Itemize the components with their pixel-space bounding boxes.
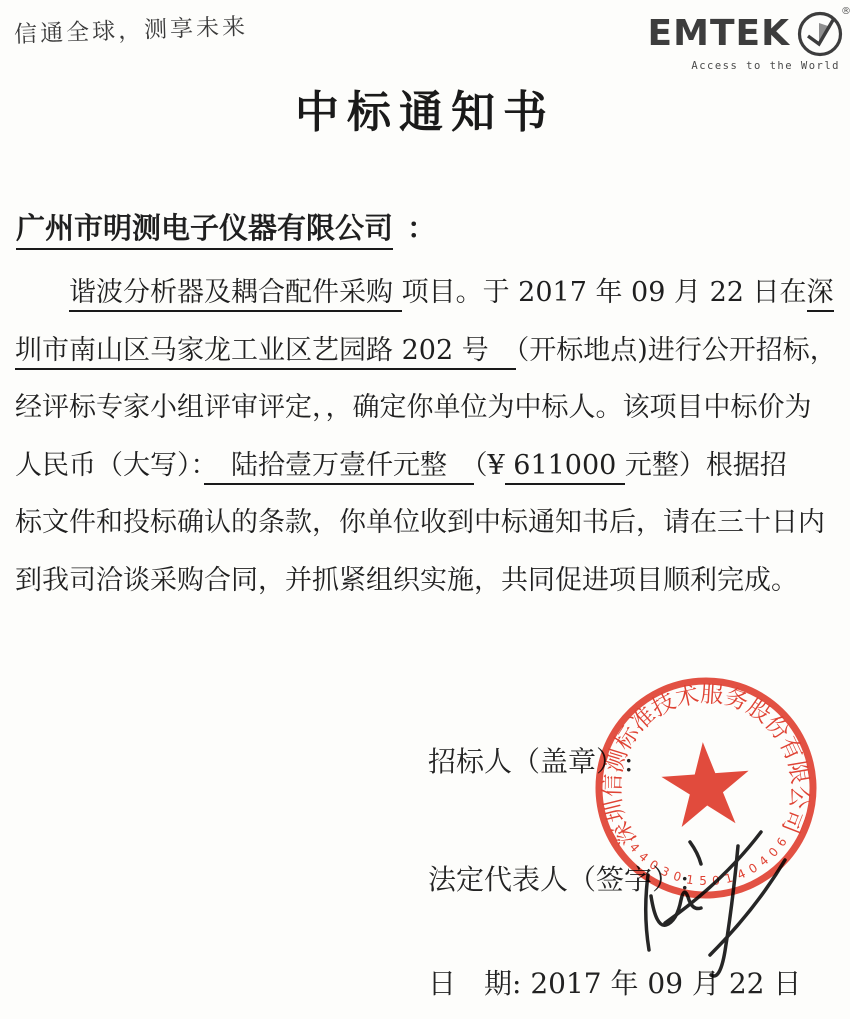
underlined-fill-in-text: 圳市南山区马家龙工业区艺园路 202 号 [15, 335, 516, 370]
body-text: 项目。于 2017 年 09 月 22 日在 [402, 277, 807, 308]
handwritten-slogan: 信通全球，测享未来 [13, 8, 248, 49]
handwritten-signature [615, 820, 800, 995]
body-text: （¥ [474, 450, 505, 481]
body-text: 元整）根据招 [625, 450, 787, 481]
body-line: 谐波分析器及耦合配件采购 项目。于 2017 年 09 月 22 日在深 [15, 264, 837, 322]
body-text: （开标地点)进行公开招标， [516, 335, 837, 366]
body-text: 人民币（大写）： [15, 450, 204, 481]
scanned-document-page: 信通全球，测享未来 EMTEK ® Access to the World 中标… [0, 0, 850, 1019]
registered-trademark-icon: ® [841, 6, 850, 17]
underlined-fill-in-text: 深 [807, 277, 834, 312]
recipient-colon: ： [407, 211, 436, 245]
logo-tagline: Access to the World [629, 60, 844, 72]
checkmark-circle-icon [796, 10, 844, 58]
logo-row: EMTEK ® [629, 10, 844, 58]
body-line: 人民币（大写）： 陆拾壹万壹仟元整 （¥ 611000 元整）根据招 [15, 437, 837, 495]
recipient-company: 广州市明测电子仪器有限公司 [16, 211, 393, 250]
underlined-fill-in-text: 陆拾壹万壹仟元整 [204, 450, 474, 485]
underlined-fill-in-text: 谐波分析器及耦合配件采购 [69, 277, 402, 312]
emtek-logo: EMTEK ® Access to the World [629, 10, 844, 72]
body-text: 经评标专家小组评审评定，，确定你单位为中标人。该项目中标价为 [15, 392, 812, 423]
logo-icon-wrap: ® [796, 10, 844, 58]
document-title: 中标通知书 [0, 76, 850, 140]
body-text: 到我司洽谈采购合同，并抓紧组织实施，共同促进项目顺利完成。 [15, 565, 798, 596]
seal-star-icon [659, 739, 752, 828]
logo-wordmark: EMTEK [648, 16, 790, 52]
body-line: 标文件和投标确认的条款，你单位收到中标通知书后，请在三十日内 [15, 494, 837, 552]
body-line: 圳市南山区马家龙工业区艺园路 202 号 （开标地点)进行公开招标， [15, 322, 837, 380]
body-line: 到我司洽谈采购合同，并抓紧组织实施，共同促进项目顺利完成。 [15, 552, 837, 610]
body-paragraph: 谐波分析器及耦合配件采购 项目。于 2017 年 09 月 22 日在深圳市南山… [15, 264, 837, 609]
body-text: 标文件和投标确认的条款，你单位收到中标通知书后，请在三十日内 [15, 507, 825, 538]
underlined-fill-in-text: 611000 [505, 450, 625, 485]
recipient-line: 广州市明测电子仪器有限公司： [16, 206, 436, 247]
body-line: 经评标专家小组评审评定，，确定你单位为中标人。该项目中标价为 [15, 379, 837, 437]
